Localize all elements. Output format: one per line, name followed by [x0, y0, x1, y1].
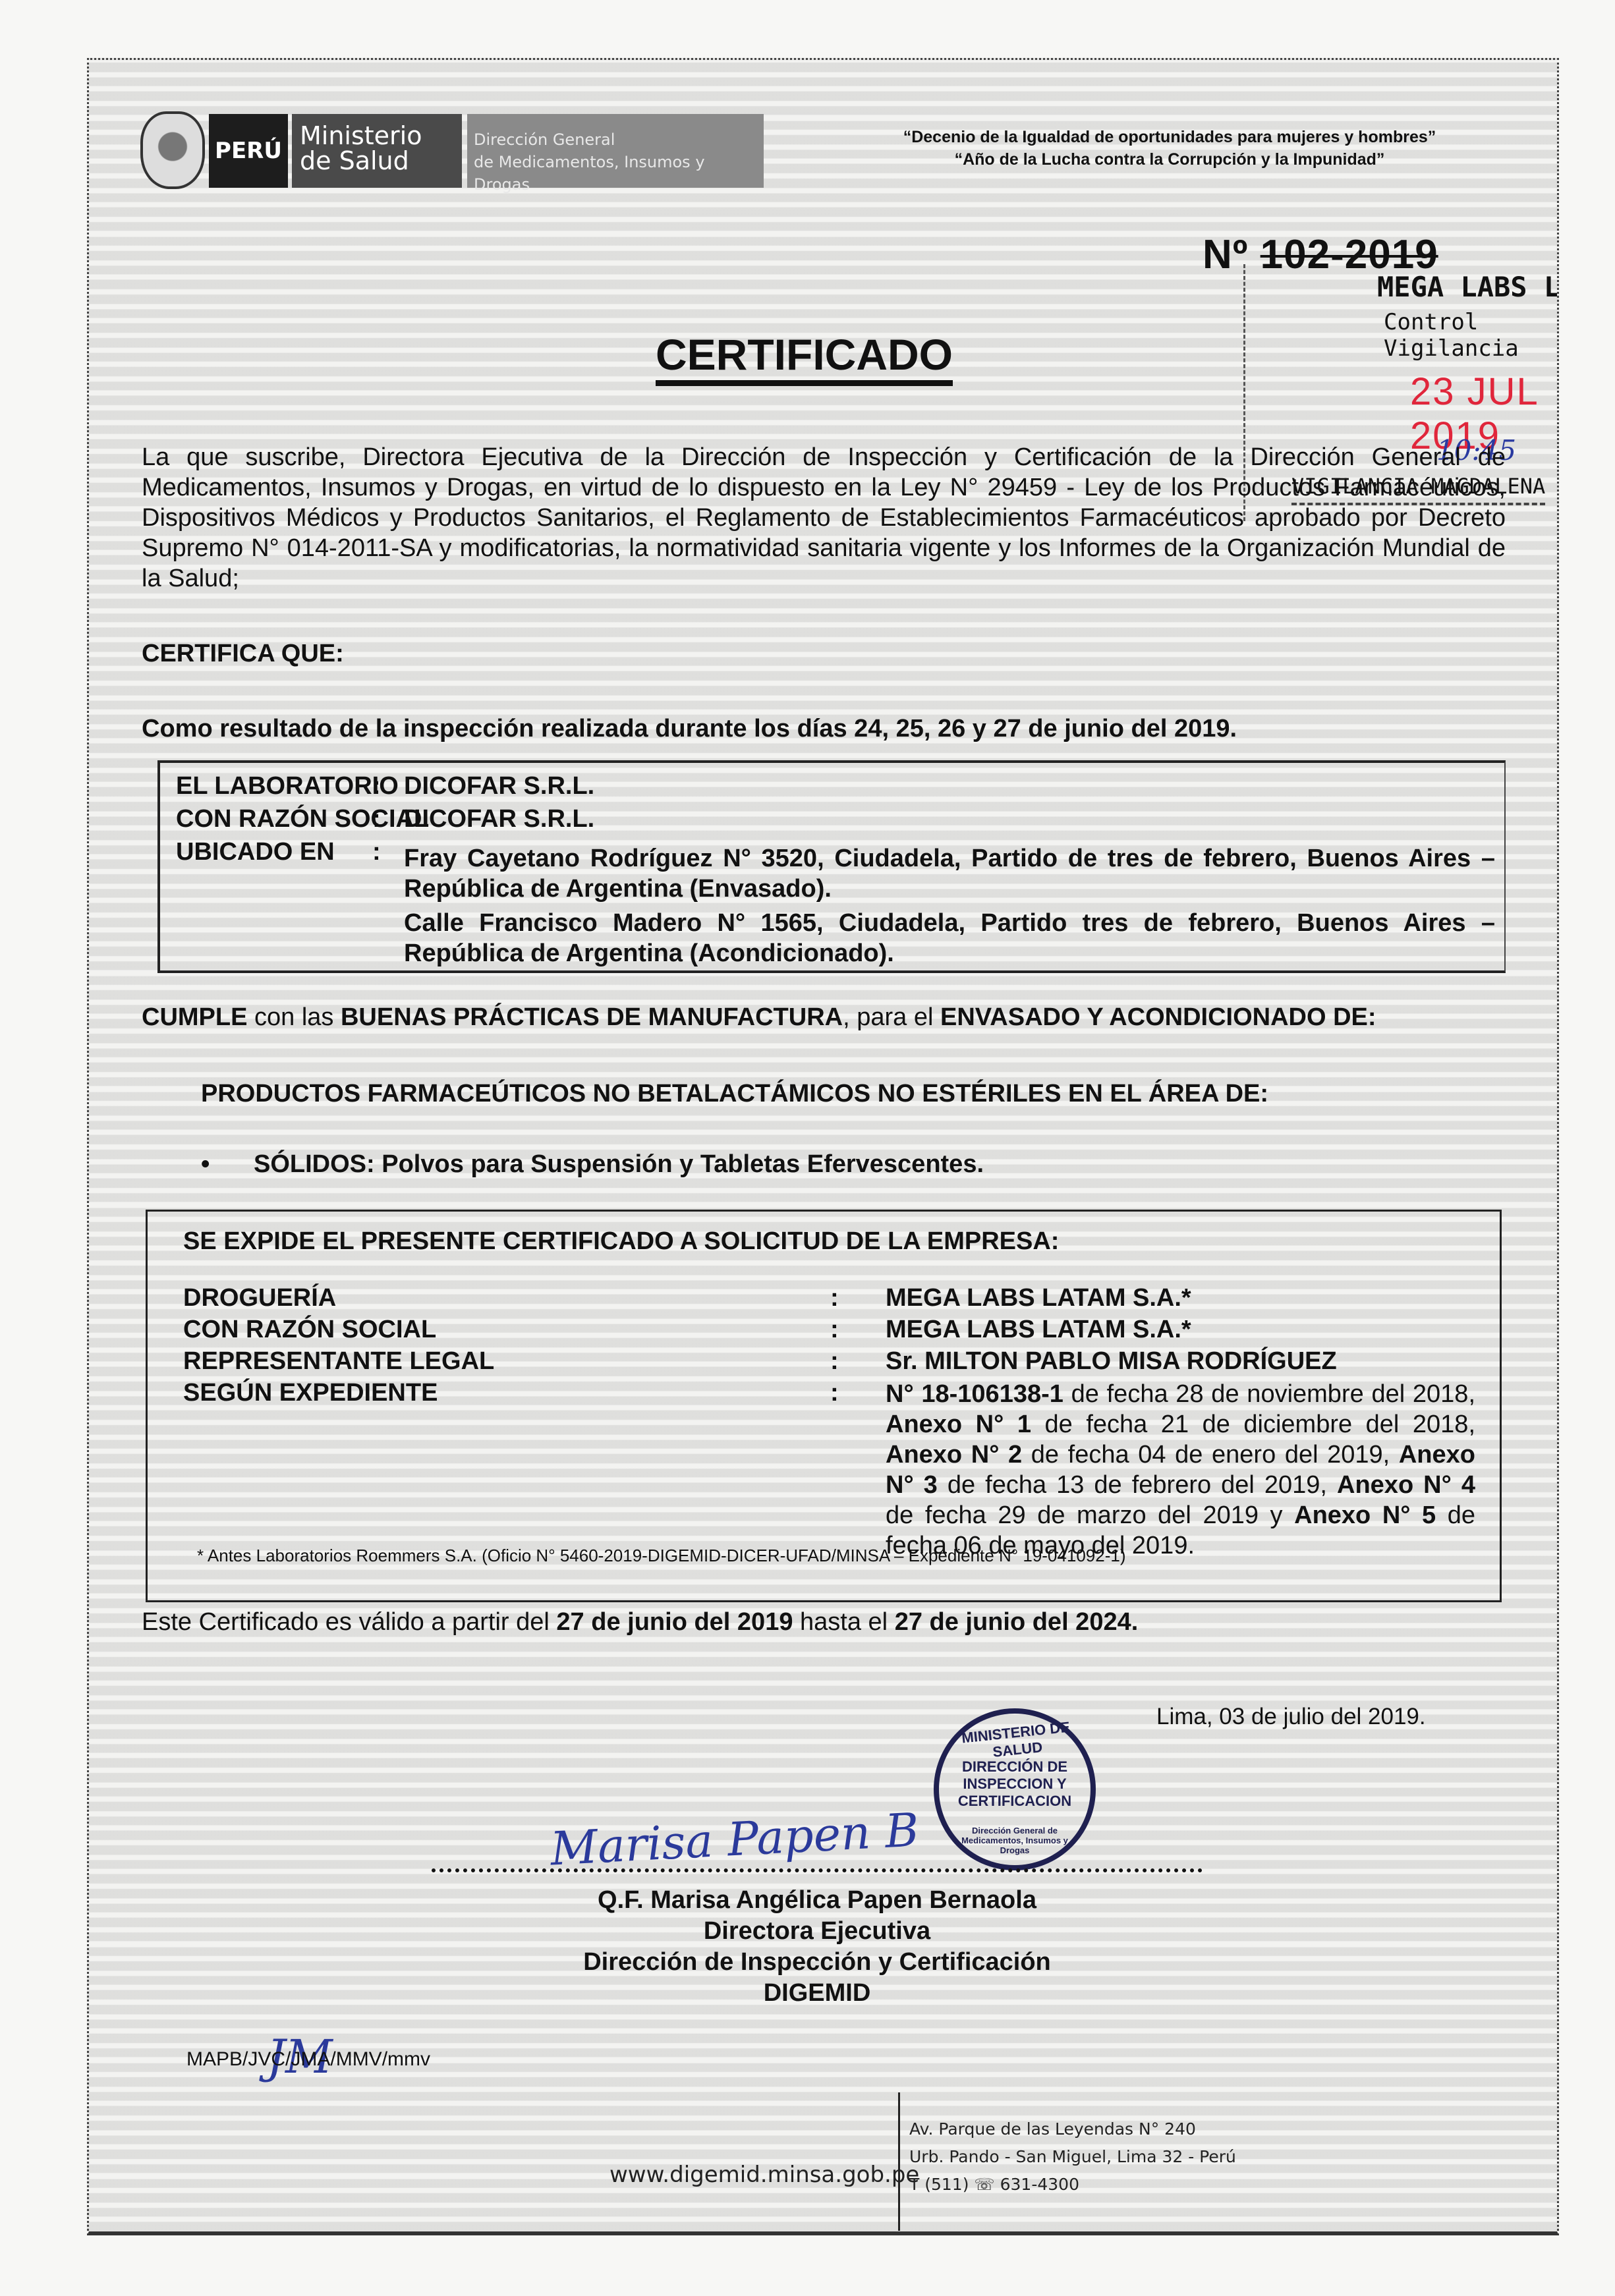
slogan-1: “Decenio de la Igualdad de oportunidades… — [820, 126, 1519, 148]
directorate-line-1: Dirección General — [474, 128, 764, 151]
colon: : — [830, 1314, 839, 1345]
peru-logo-box: PERÚ — [209, 114, 288, 188]
handwritten-signature: Marisa Papen B — [549, 1803, 920, 1876]
colon: : — [372, 771, 381, 801]
annex-4: Anexo N° 4 — [1337, 1471, 1475, 1499]
directorate-line-2: de Medicamentos, Insumos y Drogas — [474, 151, 764, 196]
validity-end: 27 de junio del 2024. — [895, 1608, 1139, 1636]
products-bullet: SÓLIDOS: Polvos para Suspensión y Tablet… — [254, 1150, 984, 1179]
signer-block: Q.F. Marisa Angélica Papen Bernaola Dire… — [432, 1885, 1203, 2009]
expediente-text: de fecha 29 de marzo del 2019 y — [886, 1501, 1294, 1529]
certificate-sheet: PERÚ Ministerio de Salud Dirección Gener… — [87, 58, 1559, 2235]
lab-value-address-1: Fray Cayetano Rodríguez N° 3520, Ciudade… — [404, 843, 1495, 904]
colon: : — [830, 1378, 839, 1408]
lab-label-ubicado: UBICADO EN — [176, 837, 335, 867]
seal-line-3: CERTIFICACION — [952, 1793, 1077, 1810]
signer-name: Q.F. Marisa Angélica Papen Bernaola — [432, 1885, 1203, 1916]
phone-prefix: T (511) — [909, 2175, 969, 2194]
compliance-gmp: BUENAS PRÁCTICAS DE MANUFACTURA — [341, 1003, 843, 1031]
compliance-word: CUMPLE — [142, 1003, 247, 1031]
annex-2: Anexo N° 2 — [886, 1441, 1022, 1469]
applicant-box: SE EXPIDE EL PRESENTE CERTIFICADO A SOLI… — [146, 1210, 1502, 1602]
compliance-text: con las — [247, 1003, 341, 1031]
lab-label-laboratorio: EL LABORATORIO — [176, 771, 399, 801]
colon: : — [372, 837, 381, 867]
telephone-icon: ☏ — [974, 2175, 994, 2194]
official-seal: MINISTERIO DE SALUD DIRECCIÓN DE INSPECC… — [934, 1708, 1096, 1870]
applicant-value-razon-social: MEGA LABS LATAM S.A.* — [886, 1314, 1191, 1345]
address-line-2: Urb. Pando - San Miguel, Lima 32 - Perú — [909, 2143, 1236, 2171]
applicant-heading: SE EXPIDE EL PRESENTE CERTIFICADO A SOLI… — [183, 1226, 1059, 1256]
applicant-value-representante: Sr. MILTON PABLO MISA RODRÍGUEZ — [886, 1346, 1337, 1376]
validity-statement: Este Certificado es válido a partir del … — [142, 1608, 1138, 1637]
seal-inner-text: DIRECCIÓN DE INSPECCION Y CERTIFICACION — [952, 1758, 1077, 1810]
signer-role: Directora Ejecutiva — [432, 1916, 1203, 1947]
document-title: CERTIFICADO — [656, 329, 953, 386]
colon: : — [372, 804, 381, 834]
annex-5: Anexo N° 5 — [1294, 1501, 1436, 1529]
validity-start: 27 de junio del 2019 — [556, 1608, 793, 1636]
compliance-text: , para el — [843, 1003, 940, 1031]
certifies-heading: CERTIFICA QUE: — [142, 640, 344, 668]
expediente-number: N° 18-106138-1 — [886, 1380, 1063, 1408]
seal-line-2: INSPECCION Y — [952, 1776, 1077, 1793]
lab-value-address-2: Calle Francisco Madero N° 1565, Ciudadel… — [404, 908, 1495, 968]
phone-number: 631-4300 — [1000, 2175, 1079, 2194]
stamp-company: MEGA LABS LATAM S.A. — [1377, 271, 1559, 303]
phone-line: T (511) ☏ 631-4300 — [909, 2171, 1236, 2198]
annex-1: Anexo N° 1 — [886, 1411, 1031, 1438]
place-and-date: Lima, 03 de julio del 2019. — [1156, 1704, 1426, 1730]
address-line-1: Av. Parque de las Leyendas N° 240 — [909, 2115, 1236, 2143]
footnote: * Antes Laboratorios Roemmers S.A. (Ofic… — [197, 1546, 1125, 1566]
peru-coat-of-arms-icon — [140, 111, 205, 189]
website-link[interactable]: www.digemid.minsa.gob.pe — [609, 2162, 919, 2188]
products-heading: PRODUCTOS FARMACEÚTICOS NO BETALACTÁMICO… — [201, 1080, 1268, 1108]
validity-text: hasta el — [793, 1608, 894, 1636]
expediente-text: de fecha 04 de enero del 2019, — [1022, 1441, 1399, 1469]
laboratory-box: EL LABORATORIO : DICOFAR S.R.L. CON RAZÓ… — [157, 760, 1506, 973]
expediente-text: de fecha 28 de noviembre del 2018, — [1063, 1380, 1475, 1408]
compliance-statement: CUMPLE con las BUENAS PRÁCTICAS DE MANUF… — [142, 1003, 1376, 1032]
seal-line-1: DIRECCIÓN DE — [952, 1758, 1077, 1776]
certificate-number-prefix: Nº — [1203, 232, 1248, 277]
colon: : — [830, 1283, 839, 1313]
reference-initials: MAPB/JVC/JMA/MMV/mmv — [186, 2048, 430, 2071]
applicant-label-razon-social: CON RAZÓN SOCIAL — [183, 1314, 436, 1345]
expediente-text: de fecha 13 de febrero del 2019, — [938, 1471, 1337, 1499]
header-slogans: “Decenio de la Igualdad de oportunidades… — [820, 126, 1519, 171]
applicant-label-representante: REPRESENTANTE LEGAL — [183, 1346, 494, 1376]
slogan-2: “Año de la Lucha contra la Corrupción y … — [820, 148, 1519, 171]
applicant-value-drogueria: MEGA LABS LATAM S.A.* — [886, 1283, 1191, 1313]
signer-office: Dirección de Inspección y Certificación — [432, 1947, 1203, 1978]
applicant-label-expediente: SEGÚN EXPEDIENTE — [183, 1378, 438, 1408]
ministry-line-1: Ministerio — [300, 123, 462, 148]
colon: : — [830, 1346, 839, 1376]
applicant-label-drogueria: DROGUERÍA — [183, 1283, 336, 1313]
inspection-result: Como resultado de la inspección realizad… — [142, 715, 1237, 743]
country-label: PERÚ — [215, 138, 282, 164]
lab-value-laboratorio: DICOFAR S.R.L. — [404, 771, 1495, 801]
applicant-value-expediente: N° 18-106138-1 de fecha 28 de noviembre … — [886, 1379, 1475, 1561]
stamp-department: Control Vigilancia — [1384, 309, 1559, 362]
intro-paragraph: La que suscribe, Directora Ejecutiva de … — [142, 442, 1506, 594]
directorate-logo-box: Dirección General de Medicamentos, Insum… — [467, 114, 764, 188]
lab-label-razon-social: CON RAZÓN SOCIAL — [176, 804, 429, 834]
validity-text: Este Certificado es válido a partir del — [142, 1608, 556, 1636]
ministry-line-2: de Salud — [300, 148, 462, 173]
lab-value-razon-social: DICOFAR S.R.L. — [404, 804, 1495, 834]
seal-top-text: MINISTERIO DE SALUD — [956, 1718, 1077, 1765]
seal-bottom-text: Dirección General de Medicamentos, Insum… — [952, 1826, 1077, 1855]
ministry-logo-box: Ministerio de Salud — [292, 114, 462, 188]
footer-address: Av. Parque de las Leyendas N° 240 Urb. P… — [909, 2115, 1236, 2198]
signature-line — [432, 1868, 1203, 1872]
signer-agency: DIGEMID — [432, 1978, 1203, 2009]
compliance-scope: ENVASADO Y ACONDICIONADO DE: — [940, 1003, 1376, 1031]
expediente-text: de fecha 21 de diciembre del 2018, — [1031, 1411, 1475, 1438]
